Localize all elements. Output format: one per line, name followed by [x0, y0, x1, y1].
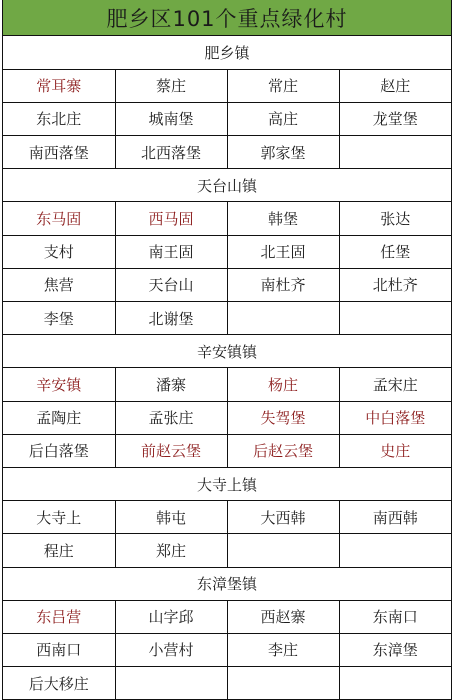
village-cell: 南杜齐 — [227, 268, 339, 301]
empty-cell — [227, 667, 339, 700]
town-name: 肥乡镇 — [3, 36, 451, 69]
village-row: 辛安镇潘寨杨庄孟宋庄 — [3, 368, 451, 401]
village-cell: 韩堡 — [227, 202, 339, 235]
village-cell: 城南堡 — [115, 102, 227, 135]
empty-cell — [227, 534, 339, 567]
village-cell: 西马固 — [115, 202, 227, 235]
village-cell: 西南口 — [3, 633, 115, 666]
village-cell: 辛安镇 — [3, 368, 115, 401]
empty-cell — [339, 667, 451, 700]
village-cell: 潘寨 — [115, 368, 227, 401]
village-cell: 中白落堡 — [339, 401, 451, 434]
village-cell: 大西韩 — [227, 501, 339, 534]
village-cell: 赵庄 — [339, 69, 451, 102]
village-cell: 常庄 — [227, 69, 339, 102]
village-cell: 山字邱 — [115, 600, 227, 633]
village-cell: 支村 — [3, 235, 115, 268]
village-cell: 焦营 — [3, 268, 115, 301]
page-title: 肥乡区101个重点绿化村 — [3, 0, 451, 36]
village-row: 常耳寨蔡庄常庄赵庄 — [3, 69, 451, 102]
empty-cell — [339, 302, 451, 335]
village-cell: 东北庄 — [3, 102, 115, 135]
village-cell: 失驾堡 — [227, 401, 339, 434]
village-cell: 北西落堡 — [115, 136, 227, 169]
village-row: 后白落堡前赵云堡后赵云堡史庄 — [3, 434, 451, 467]
town-name: 大寺上镇 — [3, 467, 451, 500]
village-row: 支村南王固北王固任堡 — [3, 235, 451, 268]
village-row: 李堡北谢堡 — [3, 302, 451, 335]
village-cell: 李堡 — [3, 302, 115, 335]
village-cell: 东吕营 — [3, 600, 115, 633]
village-row: 焦营天台山南杜齐北杜齐 — [3, 268, 451, 301]
village-cell: 北谢堡 — [115, 302, 227, 335]
village-cell: 常耳寨 — [3, 69, 115, 102]
village-cell: 南西落堡 — [3, 136, 115, 169]
village-cell: 高庄 — [227, 102, 339, 135]
village-cell: 北杜齐 — [339, 268, 451, 301]
village-cell: 东漳堡 — [339, 633, 451, 666]
village-cell: 西赵寨 — [227, 600, 339, 633]
town-header-row: 肥乡镇 — [3, 36, 451, 69]
village-cell: 孟宋庄 — [339, 368, 451, 401]
village-row: 后大移庄 — [3, 667, 451, 700]
village-row: 东吕营山字邱西赵寨东南口 — [3, 600, 451, 633]
village-row: 东北庄城南堡高庄龙堂堡 — [3, 102, 451, 135]
village-cell: 孟张庄 — [115, 401, 227, 434]
town-header-row: 东漳堡镇 — [3, 567, 451, 600]
town-header-row: 辛安镇镇 — [3, 335, 451, 368]
village-cell: 韩屯 — [115, 501, 227, 534]
village-cell: 张达 — [339, 202, 451, 235]
town-name: 辛安镇镇 — [3, 335, 451, 368]
village-cell: 前赵云堡 — [115, 434, 227, 467]
village-cell: 蔡庄 — [115, 69, 227, 102]
town-name: 东漳堡镇 — [3, 567, 451, 600]
village-cell: 南王固 — [115, 235, 227, 268]
village-cell: 小营村 — [115, 633, 227, 666]
village-row: 程庄郑庄 — [3, 534, 451, 567]
empty-cell — [227, 302, 339, 335]
village-cell: 李庄 — [227, 633, 339, 666]
village-cell: 大寺上 — [3, 501, 115, 534]
village-cell: 史庄 — [339, 434, 451, 467]
town-header-row: 天台山镇 — [3, 169, 451, 202]
village-cell: 杨庄 — [227, 368, 339, 401]
village-row: 孟陶庄孟张庄失驾堡中白落堡 — [3, 401, 451, 434]
village-cell: 龙堂堡 — [339, 102, 451, 135]
village-table: 肥乡镇常耳寨蔡庄常庄赵庄东北庄城南堡高庄龙堂堡南西落堡北西落堡郭家堡天台山镇东马… — [3, 36, 451, 700]
village-cell: 东南口 — [339, 600, 451, 633]
empty-cell — [115, 667, 227, 700]
village-row: 大寺上韩屯大西韩南西韩 — [3, 501, 451, 534]
village-cell: 孟陶庄 — [3, 401, 115, 434]
village-cell: 程庄 — [3, 534, 115, 567]
village-row: 西南口小营村李庄东漳堡 — [3, 633, 451, 666]
village-row: 东马固西马固韩堡张达 — [3, 202, 451, 235]
village-cell: 后白落堡 — [3, 434, 115, 467]
village-table-container: 肥乡区101个重点绿化村 肥乡镇常耳寨蔡庄常庄赵庄东北庄城南堡高庄龙堂堡南西落堡… — [2, 0, 452, 700]
village-cell: 后大移庄 — [3, 667, 115, 700]
town-header-row: 大寺上镇 — [3, 467, 451, 500]
village-cell: 后赵云堡 — [227, 434, 339, 467]
empty-cell — [339, 534, 451, 567]
town-name: 天台山镇 — [3, 169, 451, 202]
village-cell: 任堡 — [339, 235, 451, 268]
village-cell: 天台山 — [115, 268, 227, 301]
village-cell: 郑庄 — [115, 534, 227, 567]
village-cell: 北王固 — [227, 235, 339, 268]
village-cell: 南西韩 — [339, 501, 451, 534]
empty-cell — [339, 136, 451, 169]
village-cell: 郭家堡 — [227, 136, 339, 169]
village-row: 南西落堡北西落堡郭家堡 — [3, 136, 451, 169]
village-cell: 东马固 — [3, 202, 115, 235]
